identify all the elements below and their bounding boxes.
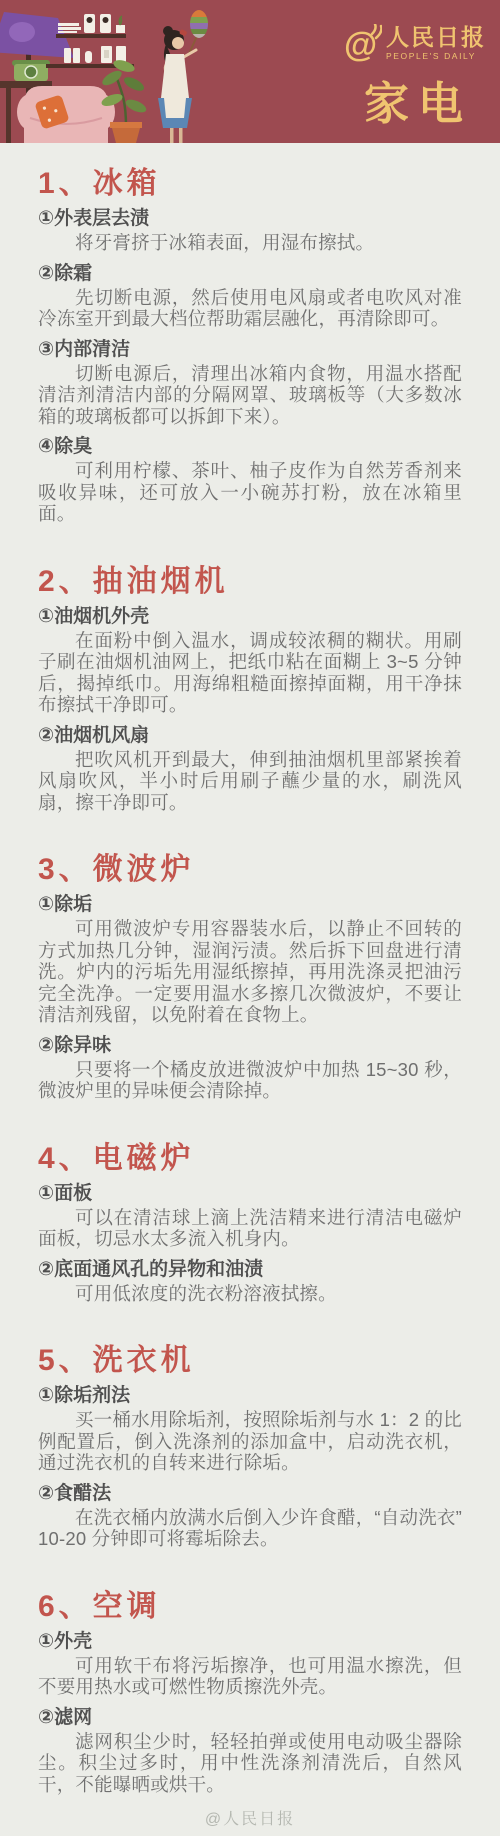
section-title: 6、空调 <box>38 1588 462 1626</box>
tip-item: ②油烟机风扇 把吹风机开到最大，伸到抽油烟机里部紧挨着风扇吹风，半小时后用刷子蘸… <box>38 724 462 814</box>
tip-body: 只要将一个橘皮放进微波炉中加热 15~30 秒，微波炉里的异味便会清除掉。 <box>38 1059 462 1102</box>
living-room-illustration <box>0 0 290 143</box>
tip-item: ②除霜 先切断电源，然后使用电风扇或者电吹风对准冷冻室开到最大档位帮助霜层融化，… <box>38 262 462 330</box>
tip-heading: ①除垢 <box>38 893 462 916</box>
tip-heading: ①除垢剂法 <box>38 1384 462 1407</box>
tip-item: ①外壳 可用软干布将污垢擦净，也可用温水擦洗，但不要用热水或可燃性物质擦洗外壳。 <box>38 1630 462 1698</box>
footer-credit: @人民日报 <box>0 1806 500 1829</box>
tip-heading: ②滤网 <box>38 1706 462 1729</box>
feather-duster-icon <box>188 10 210 39</box>
section-title: 3、微波炉 <box>38 851 462 889</box>
section-title: 1、冰箱 <box>38 165 462 203</box>
section-title: 4、电磁炉 <box>38 1140 462 1178</box>
tip-heading: ①外表层去渍 <box>38 207 462 230</box>
tip-body: 可利用柠檬、茶叶、柚子皮作为自然芳香剂来吸收异味，还可放入一小碗苏打粉，放在冰箱… <box>38 460 462 525</box>
tip-body: 将牙膏挤于冰箱表面，用湿布擦拭。 <box>38 232 462 254</box>
section-range-hood: 2、抽油烟机 ①油烟机外壳 在面粉中倒入温水，调成较浓稠的糊状。用刷子刷在油烟机… <box>38 563 462 814</box>
page-title: 家电 <box>364 80 472 128</box>
tips-content: 1、冰箱 ①外表层去渍 将牙膏挤于冰箱表面，用湿布擦拭。 ②除霜 先切断电源，然… <box>0 143 500 1795</box>
tip-heading: ①外壳 <box>38 1630 462 1653</box>
svg-text:@: @ <box>344 26 377 64</box>
tip-item: ①油烟机外壳 在面粉中倒入温水，调成较浓稠的糊状。用刷子刷在油烟机油网上，把纸巾… <box>38 605 462 716</box>
tip-heading: ①面板 <box>38 1182 462 1205</box>
tip-body: 把吹风机开到最大，伸到抽油烟机里部紧挨着风扇吹风，半小时后用刷子蘸少量的水，刷洗… <box>38 749 462 814</box>
tip-heading: ②食醋法 <box>38 1482 462 1505</box>
tip-item: ①除垢 可用微波炉专用容器装水后，以静止不回转的方式加热几分钟，湿润污渍。然后拆… <box>38 893 462 1026</box>
tip-heading: ②除霜 <box>38 262 462 285</box>
tip-body: 可用软干布将污垢擦净，也可用温水擦洗，但不要用热水或可燃性物质擦洗外壳。 <box>38 1655 462 1698</box>
infographic-page: @ 人民日报 PEOPLE'S DAILY 家电 1、冰箱 ①外表层去渍 将牙膏… <box>0 0 500 1836</box>
tip-body: 先切断电源，然后使用电风扇或者电吹风对准冷冻室开到最大档位帮助霜层融化，再清除即… <box>38 287 462 330</box>
section-microwave: 3、微波炉 ①除垢 可用微波炉专用容器装水后，以静止不回转的方式加热几分钟，湿润… <box>38 851 462 1102</box>
girl-with-duster-illustration <box>158 10 210 143</box>
tip-item: ②底面通风孔的异物和油渍 可用低浓度的洗衣粉溶液拭擦。 <box>38 1258 462 1305</box>
tip-heading: ②油烟机风扇 <box>38 724 462 747</box>
at-megaphone-icon: @ <box>342 24 382 66</box>
sofa-illustration <box>17 86 115 143</box>
brand-name-cn: 人民日报 <box>386 24 486 50</box>
tip-item: ②滤网 滤网积尘少时，轻轻拍弹或使用电动吸尘器除尘。积尘过多时，用中性洗涤剂清洗… <box>38 1706 462 1796</box>
tip-body: 在洗衣桶内放满水后倒入少许食醋，“自动洗衣” 10-20 分钟即可将霉垢除去。 <box>38 1507 462 1550</box>
tip-item: ①面板 可以在清洁球上滴上洗洁精来进行清洁电磁炉面板，切忌水太多流入机身内。 <box>38 1182 462 1250</box>
section-fridge: 1、冰箱 ①外表层去渍 将牙膏挤于冰箱表面，用湿布擦拭。 ②除霜 先切断电源，然… <box>38 165 462 525</box>
tip-item: ①外表层去渍 将牙膏挤于冰箱表面，用湿布擦拭。 <box>38 207 462 254</box>
tip-body: 在面粉中倒入温水，调成较浓稠的糊状。用刷子刷在油烟机油网上，把纸巾粘在面糊上 3… <box>38 630 462 716</box>
section-induction-cooker: 4、电磁炉 ①面板 可以在清洁球上滴上洗洁精来进行清洁电磁炉面板，切忌水太多流入… <box>38 1140 462 1305</box>
tip-item: ②食醋法 在洗衣桶内放满水后倒入少许食醋，“自动洗衣” 10-20 分钟即可将霉… <box>38 1482 462 1550</box>
tip-item: ①除垢剂法 买一桶水用除垢剂，按照除垢剂与水 1：2 的比例配置后，倒入洗涤剂的… <box>38 1384 462 1474</box>
section-air-conditioner: 6、空调 ①外壳 可用软干布将污垢擦净，也可用温水擦洗，但不要用热水或可燃性物质… <box>38 1588 462 1796</box>
tip-item: ④除臭 可利用柠檬、茶叶、柚子皮作为自然芳香剂来吸收异味，还可放入一小碗苏打粉，… <box>38 435 462 525</box>
section-title: 2、抽油烟机 <box>38 563 462 601</box>
tip-heading: ②除异味 <box>38 1034 462 1057</box>
tip-body: 可以在清洁球上滴上洗洁精来进行清洁电磁炉面板，切忌水太多流入机身内。 <box>38 1207 462 1250</box>
tip-item: ②除异味 只要将一个橘皮放进微波炉中加热 15~30 秒，微波炉里的异味便会清除… <box>38 1034 462 1102</box>
tip-body: 切断电源后，清理出冰箱内食物，用温水搭配清洁剂清洁内部的分隔网罩、玻璃板等（大多… <box>38 363 462 428</box>
tip-heading: ③内部清洁 <box>38 338 462 361</box>
tip-heading: ②底面通风孔的异物和油渍 <box>38 1258 462 1281</box>
tip-item: ③内部清洁 切断电源后，清理出冰箱内食物，用温水搭配清洁剂清洁内部的分隔网罩、玻… <box>38 338 462 428</box>
section-washing-machine: 5、洗衣机 ①除垢剂法 买一桶水用除垢剂，按照除垢剂与水 1：2 的比例配置后，… <box>38 1342 462 1550</box>
brand-name-en: PEOPLE'S DAILY <box>386 51 486 61</box>
tip-body: 滤网积尘少时，轻轻拍弹或使用电动吸尘器除尘。积尘过多时，用中性洗涤剂清洗后，自然… <box>38 1731 462 1796</box>
header-banner: @ 人民日报 PEOPLE'S DAILY 家电 <box>0 0 500 143</box>
brand-logo: @ 人民日报 PEOPLE'S DAILY <box>342 24 486 66</box>
tip-body: 可用低浓度的洗衣粉溶液拭擦。 <box>38 1283 462 1305</box>
tip-heading: ①油烟机外壳 <box>38 605 462 628</box>
tip-body: 买一桶水用除垢剂，按照除垢剂与水 1：2 的比例配置后，倒入洗涤剂的添加盒中，启… <box>38 1409 462 1474</box>
section-title: 5、洗衣机 <box>38 1342 462 1380</box>
tip-body: 可用微波炉专用容器装水后，以静止不回转的方式加热几分钟，湿润污渍。然后拆下回盘进… <box>38 918 462 1026</box>
tip-heading: ④除臭 <box>38 435 462 458</box>
